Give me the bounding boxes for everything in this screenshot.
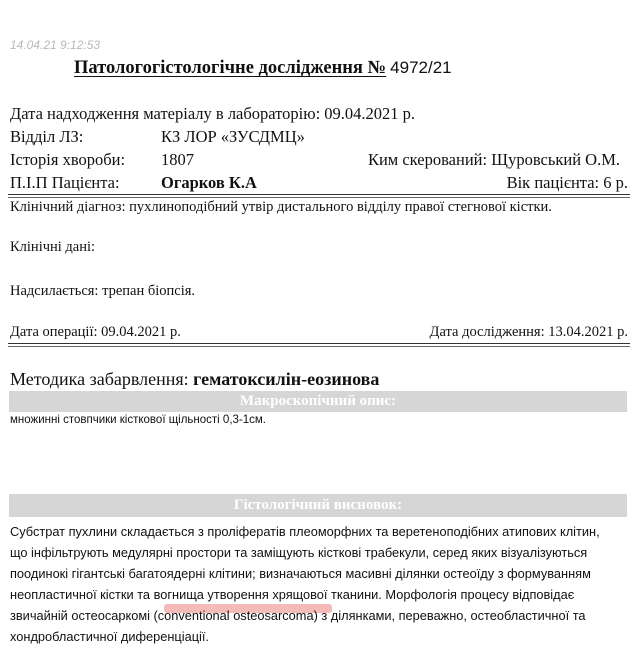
- print-timestamp: 14.04.21 9:12:53: [10, 38, 100, 52]
- macroscopic-heading: Макроскопічний опис:: [9, 391, 627, 412]
- patient-age-value: 6 р.: [603, 173, 628, 192]
- operation-date: Дата операції: 09.04.2021 р.: [10, 324, 181, 341]
- conclusion-line: неопластичної кістки та вогнища утворенн…: [10, 584, 630, 605]
- receipt-date-row: Дата надходження матеріалу в лабораторію…: [10, 104, 415, 124]
- conclusion-line: поодинокі гігантські багатоядерні клітин…: [10, 563, 630, 584]
- patient-name: Огарков К.А: [161, 173, 257, 193]
- staining-method-label: Методика забарвлення:: [10, 369, 189, 389]
- patient-age-row: Вік пацієнта: 6 р.: [507, 173, 628, 193]
- clinical-divider: [8, 343, 630, 347]
- department-value: КЗ ЛОР «ЗУСДМЦ»: [161, 127, 305, 147]
- history-label: Історія хвороби:: [10, 150, 125, 170]
- staining-method: Методика забарвлення: гематоксилін-еозин…: [10, 369, 379, 390]
- title-text: Патологогістологічне дослідження №: [74, 58, 386, 78]
- history-value: 1807: [161, 150, 194, 170]
- receipt-date-label: Дата надходження матеріалу в лабораторію…: [10, 104, 320, 123]
- referred-by-label: Ким скерований:: [368, 150, 487, 169]
- document-title: Патологогістологічне дослідження №4972/2…: [74, 58, 452, 79]
- receipt-date-value: 09.04.2021 р.: [324, 104, 415, 123]
- conclusion-line: звичайній остеосаркомі (conventional ost…: [10, 605, 630, 626]
- patient-label: П.І.П Пацієнта:: [10, 173, 120, 193]
- conclusion-line: що інфільтрують медулярні простори та за…: [10, 542, 630, 563]
- conclusion-line: хондробластичної диференціації.: [10, 626, 630, 647]
- macroscopic-text: множинні стовпчики кісткової щільності 0…: [10, 414, 266, 426]
- header-divider: [8, 194, 630, 198]
- referred-by-row: Ким скерований: Щуровський О.М.: [368, 150, 620, 170]
- patient-age-label: Вік пацієнта:: [507, 173, 600, 192]
- specimen-sent: Надсилається: трепан біопсія.: [10, 283, 195, 300]
- histology-conclusion: Субстрат пухлини складається з проліфера…: [10, 521, 630, 647]
- study-date: Дата дослідження: 13.04.2021 р.: [430, 324, 628, 341]
- clinical-data: Клінічні дані:: [10, 239, 95, 256]
- conclusion-line: Субстрат пухлини складається з проліфера…: [10, 521, 630, 542]
- histology-heading: Гістологічний висновок:: [9, 494, 627, 517]
- department-label: Відділ ЛЗ:: [10, 127, 83, 147]
- referred-by-value: Щуровський О.М.: [491, 150, 620, 169]
- staining-method-value: гематоксилін-еозинова: [193, 369, 379, 389]
- study-number: 4972/21: [390, 58, 451, 77]
- clinical-diagnosis: Клінічний діагноз: пухлиноподібний утвір…: [10, 199, 552, 216]
